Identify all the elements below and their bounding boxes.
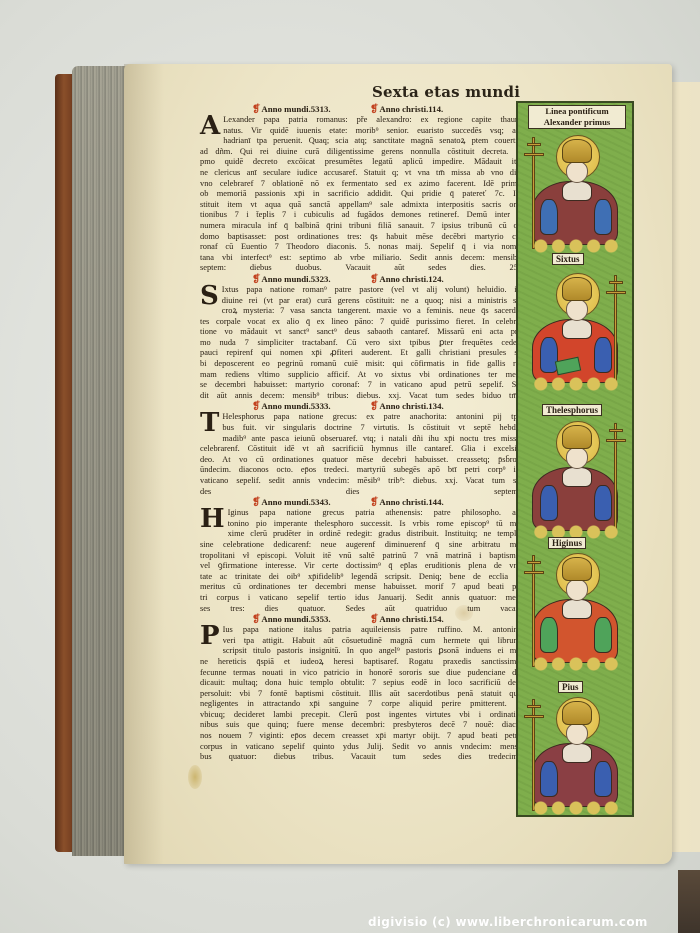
text-line: persoluit: vbi 7 fontē baptismi cōstitui… — [200, 689, 520, 700]
anno-mundi: ❡Anno mundi.5323. — [252, 274, 370, 285]
text-line: Ixtus papa natione roman⁹ patre pastore … — [222, 285, 520, 296]
pope-entry: ❡Anno mundi.5333.❡Anno christi.134.THele… — [200, 401, 520, 497]
face — [566, 161, 588, 183]
face — [566, 723, 588, 745]
pilcrow-icon: ❡ — [252, 104, 260, 115]
column-header-line2: Alexander primus — [529, 117, 625, 128]
entry-body: ALexander papa patria romanus: pře alexa… — [200, 115, 520, 274]
year-line: ❡Anno mundi.5343.❡Anno christi.144. — [200, 497, 520, 508]
text-line: deo. At vo cū ordinationes quatuor mēse … — [200, 455, 520, 466]
text-line: tri corpus i vaticano sepelif tertio idu… — [200, 593, 520, 604]
drop-initial: S — [200, 286, 219, 307]
drop-initial: P — [200, 626, 220, 647]
watermark: digivisio (c) www.liberchronicarum.com — [368, 915, 648, 929]
anno-mundi: ❡Anno mundi.5333. — [252, 401, 370, 412]
text-line: bi deposcerent eo pegrinū romanū cuiē mi… — [200, 359, 520, 370]
text-line: Iginus papa natione grecus patria athene… — [228, 508, 520, 519]
anno-mundi: ❡Anno mundi.5313. — [252, 104, 370, 115]
cross-bar — [606, 439, 626, 442]
papal-tiara-icon — [562, 139, 592, 163]
cross-bar — [527, 143, 541, 146]
text-line: mam rediens vltimo supplicio afficif. At… — [200, 370, 520, 381]
anno-christi-text: Anno christi.134. — [379, 401, 443, 411]
pilcrow-icon: ❡ — [370, 401, 378, 412]
text-line: ne hereticis q̄spiā et iudeoꝝ heresi bap… — [200, 657, 520, 668]
pope-woodcut-column: Linea pontificum Alexander primus Sixtus… — [516, 101, 634, 817]
pilcrow-icon: ❡ — [252, 614, 260, 625]
text-line: numera miracula inf q̄ balbinā q̄rini tr… — [200, 221, 520, 232]
text-line: ses tres: dies quatuor. Sedes aūt quatri… — [200, 604, 520, 615]
text-line: vel ꝯfirmatione interesse. Vir certe doc… — [200, 561, 520, 572]
text-line: scripsit titulo pastoris insignitū. In q… — [223, 646, 520, 657]
anno-mundi-text: Anno mundi.5353. — [261, 614, 330, 624]
pilcrow-icon: ❡ — [370, 104, 378, 115]
pope-entry: ❡Anno mundi.5353.❡Anno christi.154.PIus … — [200, 614, 520, 763]
cross-bar — [524, 715, 544, 718]
year-line: ❡Anno mundi.5313.❡Anno christi.114. — [200, 104, 520, 115]
paper-stain — [188, 765, 202, 789]
anno-christi-text: Anno christi.144. — [379, 497, 443, 507]
text-line: tana vbi interfect⁹ est: septimo ab vrbe… — [200, 253, 520, 264]
collar — [562, 181, 592, 201]
robe-lining — [540, 199, 558, 235]
cross-bar — [606, 291, 626, 294]
anno-christi-text: Anno christi.154. — [379, 614, 443, 624]
cross-bar — [609, 281, 623, 284]
text-line: vbicuq; decideret lambi precepit. Clerū … — [200, 710, 520, 721]
drop-initial: A — [200, 116, 220, 137]
text-line: nibus suis que quinq; fuere mense decemb… — [200, 720, 520, 731]
anno-christi: ❡Anno christi.154. — [370, 614, 444, 625]
pilcrow-icon: ❡ — [252, 401, 260, 412]
pilcrow-icon: ❡ — [370, 274, 378, 285]
year-line: ❡Anno mundi.5333.❡Anno christi.134. — [200, 401, 520, 412]
text-line: tate ac trinitate dei oib⁹ xp̄ifidelib⁹ … — [200, 572, 520, 583]
text-line: tione vo mādauit vt sanct⁹ sanct⁹ deus s… — [200, 327, 520, 338]
text-line: tropolitani vł episcopi. Voluit itē vnū … — [200, 551, 520, 562]
page-block-edges — [72, 66, 128, 856]
column-header: Linea pontificum Alexander primus — [528, 105, 626, 129]
text-line: vno celebraref 7 oblationē nō ex ferment… — [200, 179, 520, 190]
text-line: diuine rei (vt par erat) curā gerens cōs… — [222, 296, 520, 307]
text-column: ❡Anno mundi.5313.❡Anno christi.114.ALexa… — [200, 104, 520, 763]
text-line: sine celebratione dedicarenf: neue auger… — [200, 540, 520, 551]
text-line: se decembri habuisset: martyrio coronaf:… — [200, 380, 520, 391]
cross-bar — [524, 571, 544, 574]
cross-bar — [527, 705, 541, 708]
entry-body: SIxtus papa natione roman⁹ patre pastore… — [200, 285, 520, 402]
papal-tiara-icon — [562, 425, 592, 449]
text-line: hadrianī tpa peruenit. Quaq; scia atq; s… — [223, 136, 520, 147]
cross-bar — [609, 429, 623, 432]
anno-christi-text: Anno christi.124. — [379, 274, 443, 284]
text-line: ne clericus anī seculare iudice accusare… — [200, 168, 520, 179]
anno-christi: ❡Anno christi.114. — [370, 104, 443, 115]
drop-initial: H — [200, 509, 225, 530]
text-line: stituit item vt aqua quā sanctā appellam… — [200, 200, 520, 211]
column-header-line1: Linea pontificum — [529, 106, 625, 117]
robe-lining — [540, 485, 558, 521]
robe-lining — [594, 199, 612, 235]
text-line: pauci repirenf qui nomen xp̄i ꝓfiteri au… — [200, 348, 520, 359]
year-line: ❡Anno mundi.5323.❡Anno christi.124. — [200, 274, 520, 285]
pilcrow-icon: ❡ — [370, 497, 378, 508]
text-line: mo nuda 7 simpliciter tractabanf. Cū ver… — [200, 338, 520, 349]
anno-mundi-text: Anno mundi.5343. — [261, 497, 330, 507]
face — [566, 579, 588, 601]
anno-mundi: ❡Anno mundi.5353. — [252, 614, 370, 625]
gutter-shadow — [124, 64, 164, 864]
anno-mundi: ❡Anno mundi.5343. — [252, 497, 370, 508]
drop-initial: T — [200, 413, 219, 434]
pilcrow-icon: ❡ — [370, 614, 378, 625]
text-line: croꝝ mysteria: 7 vasa sancta tangerent. … — [222, 306, 520, 317]
text-line: Helesphorus papa natione grecus: ex patr… — [222, 412, 520, 423]
text-line: madib⁹ ante pasca ieiunū obseruaref. vtq… — [222, 434, 520, 445]
face — [566, 299, 588, 321]
cross-bar — [527, 561, 541, 564]
pope-entry: ❡Anno mundi.5323.❡Anno christi.124.SIxtu… — [200, 274, 520, 402]
pope-name-label: Thelesphorus — [542, 404, 602, 416]
text-line: septem: diebus duobus. Vacauit aūt sedes… — [200, 263, 520, 274]
pope-entry: ❡Anno mundi.5343.❡Anno christi.144.HIgin… — [200, 497, 520, 614]
collar — [562, 599, 592, 619]
pope-name-label: Sixtus — [552, 253, 584, 265]
text-line: ad dñm. Qui rei diuine curā diligentissi… — [200, 147, 520, 158]
anno-mundi-text: Anno mundi.5313. — [261, 104, 330, 114]
text-line: dicauit: multaq; dona huic templo obtuli… — [200, 678, 520, 689]
text-line: Lexander papa patria romanus: pře alexan… — [223, 115, 520, 126]
cloud-base — [532, 657, 620, 671]
anno-mundi-text: Anno mundi.5323. — [261, 274, 330, 284]
pope-name-label: Pius — [558, 681, 583, 693]
papal-tiara-icon — [562, 277, 592, 301]
text-line: bus fuit. vir singularis doctrine 7 virt… — [222, 423, 520, 434]
anno-mundi-text: Anno mundi.5333. — [261, 401, 330, 411]
text-line: xime clerū prudēter in ordinē redegit: g… — [228, 529, 520, 540]
text-line: fecunne termas nouati in vico patricio i… — [200, 668, 520, 679]
pilcrow-icon: ❡ — [252, 497, 260, 508]
robe-lining — [540, 761, 558, 797]
anno-christi: ❡Anno christi.124. — [370, 274, 444, 285]
papal-tiara-icon — [562, 701, 592, 725]
text-line: meritus cū ordinationes ter decembri men… — [200, 582, 520, 593]
text-line: dit aūt annis decem: mensib⁹ tribus: die… — [200, 391, 520, 402]
pope-portrait — [518, 419, 632, 549]
text-line: tes corpale vocat ex alio q̄ ex lineo pā… — [200, 317, 520, 328]
collar — [562, 319, 592, 339]
cloud-base — [532, 801, 620, 815]
text-line: negligentes in attractando xp̄i sanguine… — [200, 699, 520, 710]
text-line: des dies septem. — [200, 487, 520, 498]
text-line: corpus in vaticano sepelif quinto ydus J… — [200, 742, 520, 753]
text-line: ronaf cū Euentio 7 Theodoro diaconis. 5.… — [200, 242, 520, 253]
robe-lining — [594, 617, 612, 653]
anno-christi: ❡Anno christi.144. — [370, 497, 444, 508]
robe-lining — [540, 617, 558, 653]
pope-portrait — [518, 695, 632, 825]
entry-body: PIus papa natione italus patria aquileie… — [200, 625, 520, 763]
face — [566, 447, 588, 469]
text-line: tionibus 7 i t̄eplis 7 i cubiculis ad fu… — [200, 210, 520, 221]
year-line: ❡Anno mundi.5353.❡Anno christi.154. — [200, 614, 520, 625]
cloud-base — [532, 377, 620, 391]
running-head: Sexta etas mundi — [372, 83, 520, 101]
anno-christi-text: Anno christi.114. — [379, 104, 443, 114]
robe-lining — [594, 485, 612, 521]
table-edge-dark — [678, 870, 700, 933]
entry-body: HIginus papa natione grecus patria athen… — [200, 508, 520, 614]
robe-lining — [594, 337, 612, 373]
pope-portrait — [518, 133, 632, 263]
pope-entry: ❡Anno mundi.5313.❡Anno christi.114.ALexa… — [200, 104, 520, 274]
text-line: bus quatuor: diebus tribus. Vacauit tum … — [200, 752, 520, 763]
text-line: tonino pio imperante thelesphoro success… — [228, 519, 520, 530]
text-line: ob memoriā passionis xp̄i in sacrificio … — [200, 189, 520, 200]
robe-lining — [594, 761, 612, 797]
collar — [562, 743, 592, 763]
anno-christi: ❡Anno christi.134. — [370, 401, 444, 412]
text-line: pmo quidē decreto excōicat presumētes le… — [200, 157, 520, 168]
text-line: nos nouem 7 viginti: ep̄os decem creasse… — [200, 731, 520, 742]
text-line: veri tpa attigit. Habuit aūt cōsuetudinē… — [223, 636, 520, 647]
pope-portrait — [518, 551, 632, 681]
text-line: domo baptisasset: post ordinationes tres… — [200, 232, 520, 243]
text-line: celebrarenf. Cōstituit idē vt añ sacrifi… — [200, 444, 520, 455]
papal-tiara-icon — [562, 557, 592, 581]
cloud-base — [532, 239, 620, 253]
collar — [562, 467, 592, 487]
text-line: natus. Vir quidē iuuenis etate: morib⁹ s… — [223, 126, 520, 137]
cross-bar — [524, 153, 544, 156]
pilcrow-icon: ❡ — [252, 274, 260, 285]
pope-name-label: Higinus — [548, 537, 586, 549]
text-line: vaticano sepelif. sedit annis vndecim: m… — [200, 476, 520, 487]
pope-portrait — [518, 271, 632, 401]
text-line: Ius papa natione italus patria aquileien… — [223, 625, 520, 636]
entry-body: THelesphorus papa natione grecus: ex pat… — [200, 412, 520, 497]
text-line: ūndecim. diaconos octo. ep̄os tredeci. m… — [200, 465, 520, 476]
